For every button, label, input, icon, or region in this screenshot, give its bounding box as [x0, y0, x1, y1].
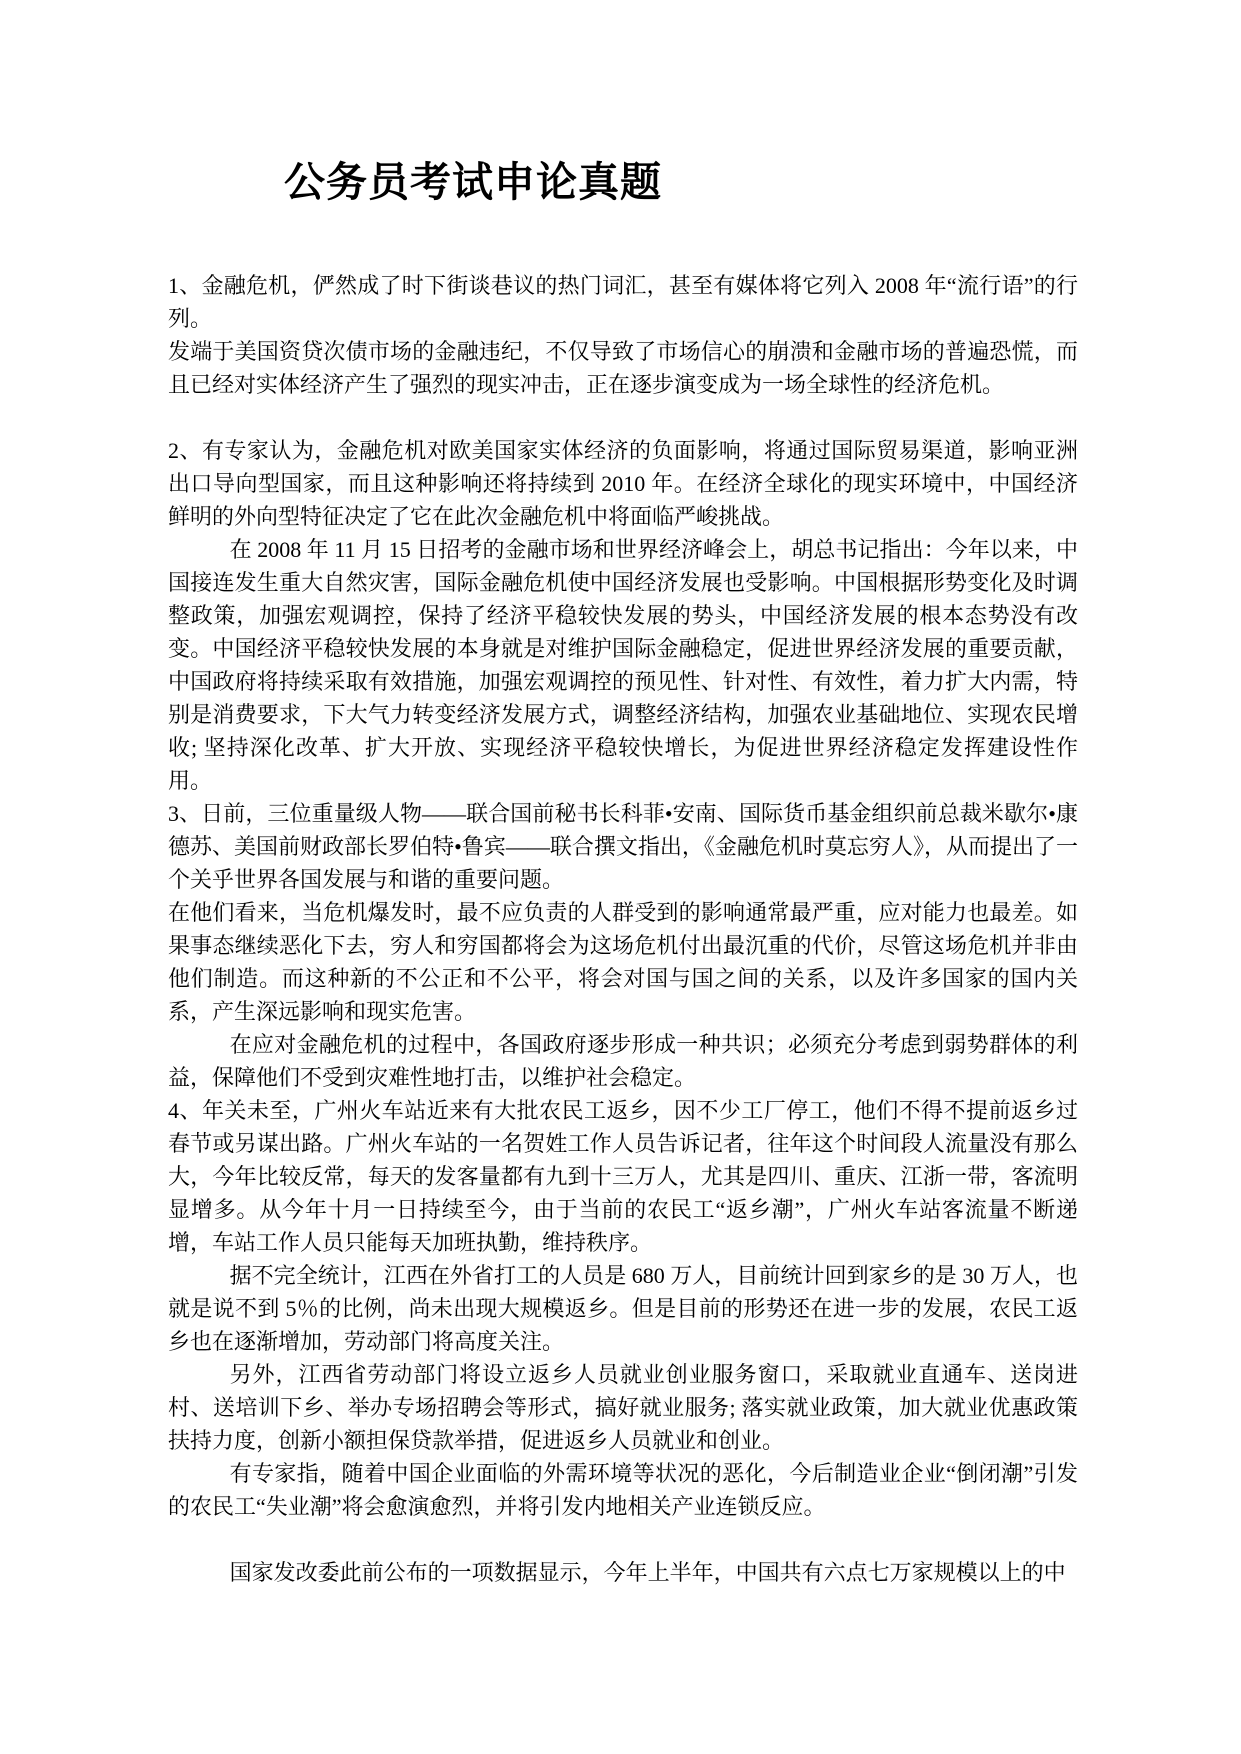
paragraph: 在他们看来，当危机爆发时，最不应负责的人群受到的影响通常最严重，应对能力也最差。… [168, 896, 1078, 1028]
document-title: 公务员考试申论真题 [284, 158, 1078, 207]
paragraph: 据不完全统计，江西在外省打工的人员是 680 万人，目前统计回到家乡的是 30 … [168, 1259, 1078, 1358]
paragraph: 有专家指，随着中国企业面临的外需环境等状况的恶化，今后制造业企业“倒闭潮”引发的… [168, 1457, 1078, 1523]
paragraph: 2、有专家认为，金融危机对欧美国家实体经济的负面影响，将通过国际贸易渠道，影响亚… [168, 434, 1078, 533]
paragraph: 4、年关未至，广州火车站近来有大批农民工返乡，因不少工厂停工，他们不得不提前返乡… [168, 1094, 1078, 1259]
paragraph: 在 2008 年 11 月 15 日招考的金融市场和世界经济峰会上，胡总书记指出… [168, 533, 1078, 797]
document-body: 1、金融危机，俨然成了时下街谈巷议的热门词汇，甚至有媒体将它列入 2008 年“… [168, 269, 1078, 1589]
paragraph: 发端于美国资贷次债市场的金融违纪，不仅导致了市场信心的崩溃和金融市场的普遍恐慌，… [168, 335, 1078, 401]
paragraph: 另外，江西省劳动部门将设立返乡人员就业创业服务窗口，采取就业直通车、送岗进村、送… [168, 1358, 1078, 1457]
document-page: 公务员考试申论真题 1、金融危机，俨然成了时下街谈巷议的热门词汇，甚至有媒体将它… [0, 0, 1241, 1754]
paragraph: 国家发改委此前公布的一项数据显示，今年上半年，中国共有六点七万家规模以上的中 [168, 1556, 1078, 1589]
paragraph: 1、金融危机，俨然成了时下街谈巷议的热门词汇，甚至有媒体将它列入 2008 年“… [168, 269, 1078, 335]
paragraph: 在应对金融危机的过程中，各国政府逐步形成一种共识；必须充分考虑到弱势群体的利益，… [168, 1028, 1078, 1094]
paragraph: 3、日前，三位重量级人物——联合国前秘书长科菲•安南、国际货币基金组织前总裁米歇… [168, 797, 1078, 896]
